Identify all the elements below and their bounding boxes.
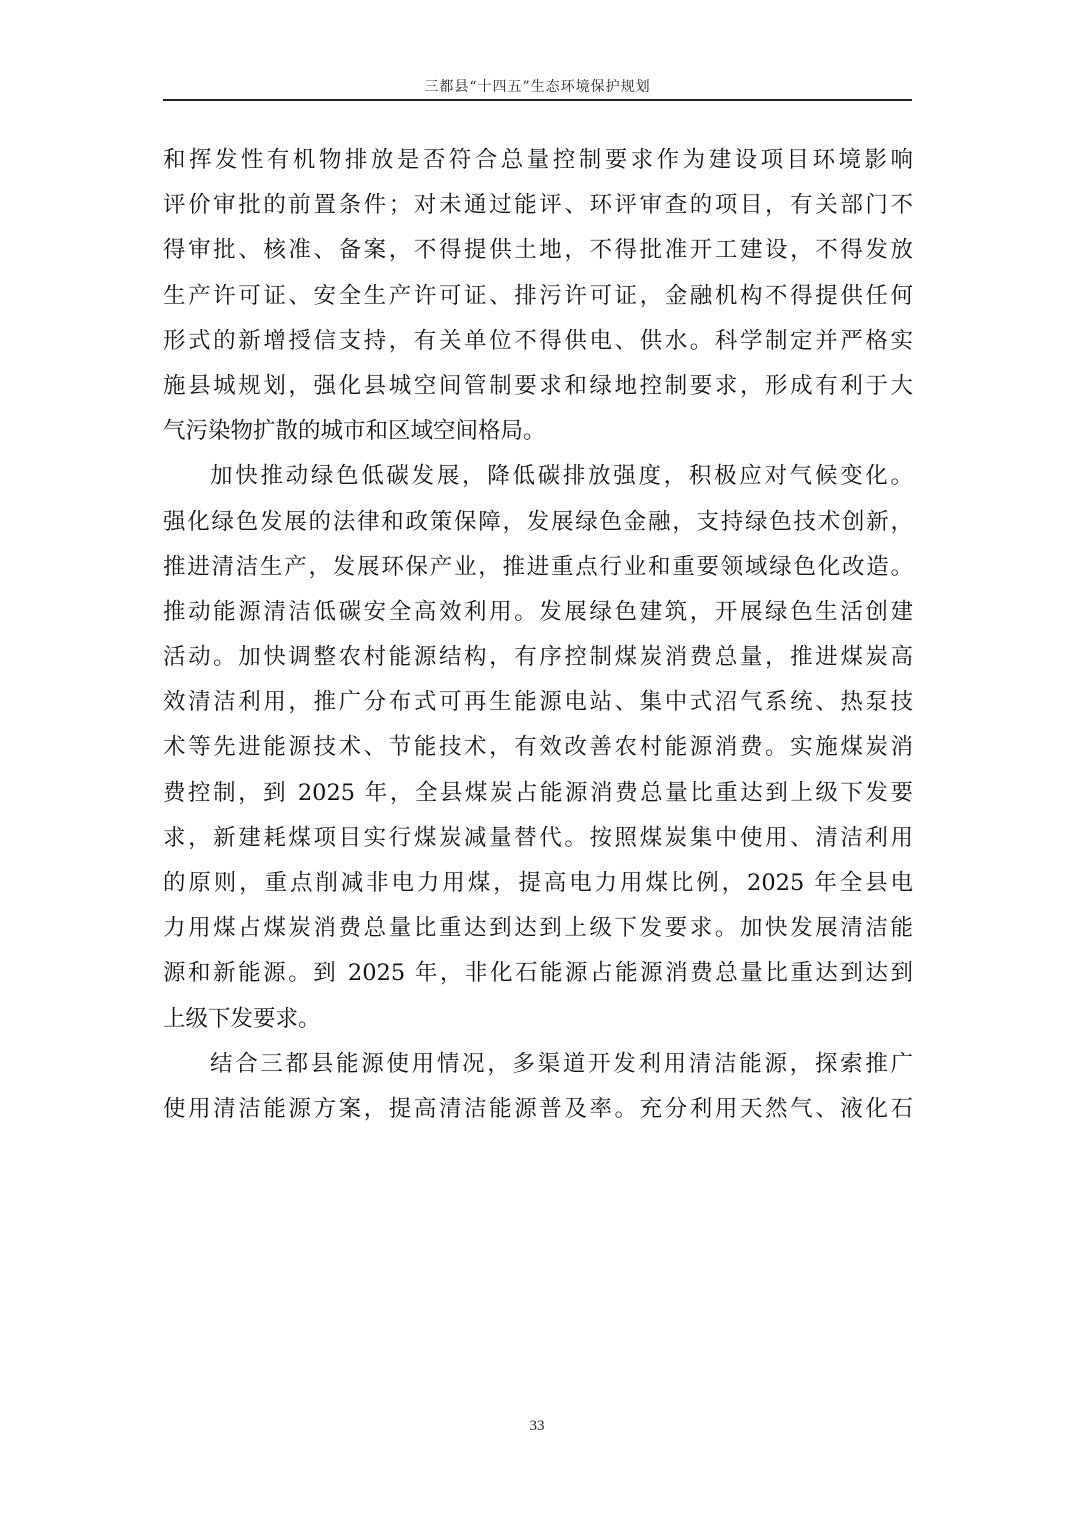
text-line: 气污染物扩散的城市和区域空间格局。 (163, 409, 913, 454)
text-line: 的原则，重点削减非电力用煤，提高电力用煤比例，2025 年全县电 (163, 861, 913, 906)
paragraph-1: 和挥发性有机物排放是否符合总量控制要求作为建设项目环境影响 评价审批的前置条件；… (163, 138, 913, 454)
text-line: 加快推动绿色低碳发展，降低碳排放强度，积极应对气候变化。 (163, 454, 913, 499)
text-line: 上级下发要求。 (163, 997, 913, 1042)
text-line: 推动能源清洁低碳安全高效利用。发展绿色建筑，开展绿色生活创建 (163, 590, 913, 635)
text-line: 推进清洁生产，发展环保产业，推进重点行业和重要领域绿色化改造。 (163, 545, 913, 590)
text-line: 使用清洁能源方案，提高清洁能源普及率。充分利用天然气、液化石 (163, 1087, 913, 1132)
text-line: 源和新能源。到 2025 年，非化石能源占能源消费总量比重达到达到 (163, 951, 913, 996)
page-number: 33 (0, 1418, 1074, 1435)
running-header-title: 三都县“十四五”生态环境保护规划 (163, 76, 912, 96)
text-line: 效清洁利用，推广分布式可再生能源电站、集中式沼气系统、热泵技 (163, 680, 913, 725)
header-divider (163, 99, 912, 101)
text-line: 活动。加快调整农村能源结构，有序控制煤炭消费总量，推进煤炭高 (163, 635, 913, 680)
text-line: 生产许可证、安全生产许可证、排污许可证，金融机构不得提供任何 (163, 274, 913, 319)
text-line: 求，新建耗煤项目实行煤炭减量替代。按照煤炭集中使用、清洁利用 (163, 816, 913, 861)
text-line: 得审批、核准、备案，不得提供土地，不得批准开工建设，不得发放 (163, 228, 913, 273)
text-line: 费控制，到 2025 年，全县煤炭占能源消费总量比重达到上级下发要 (163, 771, 913, 816)
text-line: 结合三都县能源使用情况，多渠道开发利用清洁能源，探索推广 (163, 1042, 913, 1087)
text-line: 术等先进能源技术、节能技术，有效改善农村能源消费。实施煤炭消 (163, 725, 913, 770)
text-line: 和挥发性有机物排放是否符合总量控制要求作为建设项目环境影响 (163, 138, 913, 183)
document-page: 三都县“十四五”生态环境保护规划 和挥发性有机物排放是否符合总量控制要求作为建设… (0, 0, 1074, 1520)
text-line: 形式的新增授信支持，有关单位不得供电、供水。科学制定并严格实 (163, 319, 913, 364)
paragraph-2: 加快推动绿色低碳发展，降低碳排放强度，积极应对气候变化。 强化绿色发展的法律和政… (163, 454, 913, 1041)
body-text: 和挥发性有机物排放是否符合总量控制要求作为建设项目环境影响 评价审批的前置条件；… (163, 138, 913, 1132)
text-line: 力用煤占煤炭消费总量比重达到达到上级下发要求。加快发展清洁能 (163, 906, 913, 951)
text-line: 强化绿色发展的法律和政策保障，发展绿色金融，支持绿色技术创新， (163, 500, 913, 545)
text-line: 施县城规划，强化县城空间管制要求和绿地控制要求，形成有利于大 (163, 364, 913, 409)
text-line: 评价审批的前置条件；对未通过能评、环评审查的项目，有关部门不 (163, 183, 913, 228)
paragraph-3: 结合三都县能源使用情况，多渠道开发利用清洁能源，探索推广 使用清洁能源方案，提高… (163, 1042, 913, 1132)
